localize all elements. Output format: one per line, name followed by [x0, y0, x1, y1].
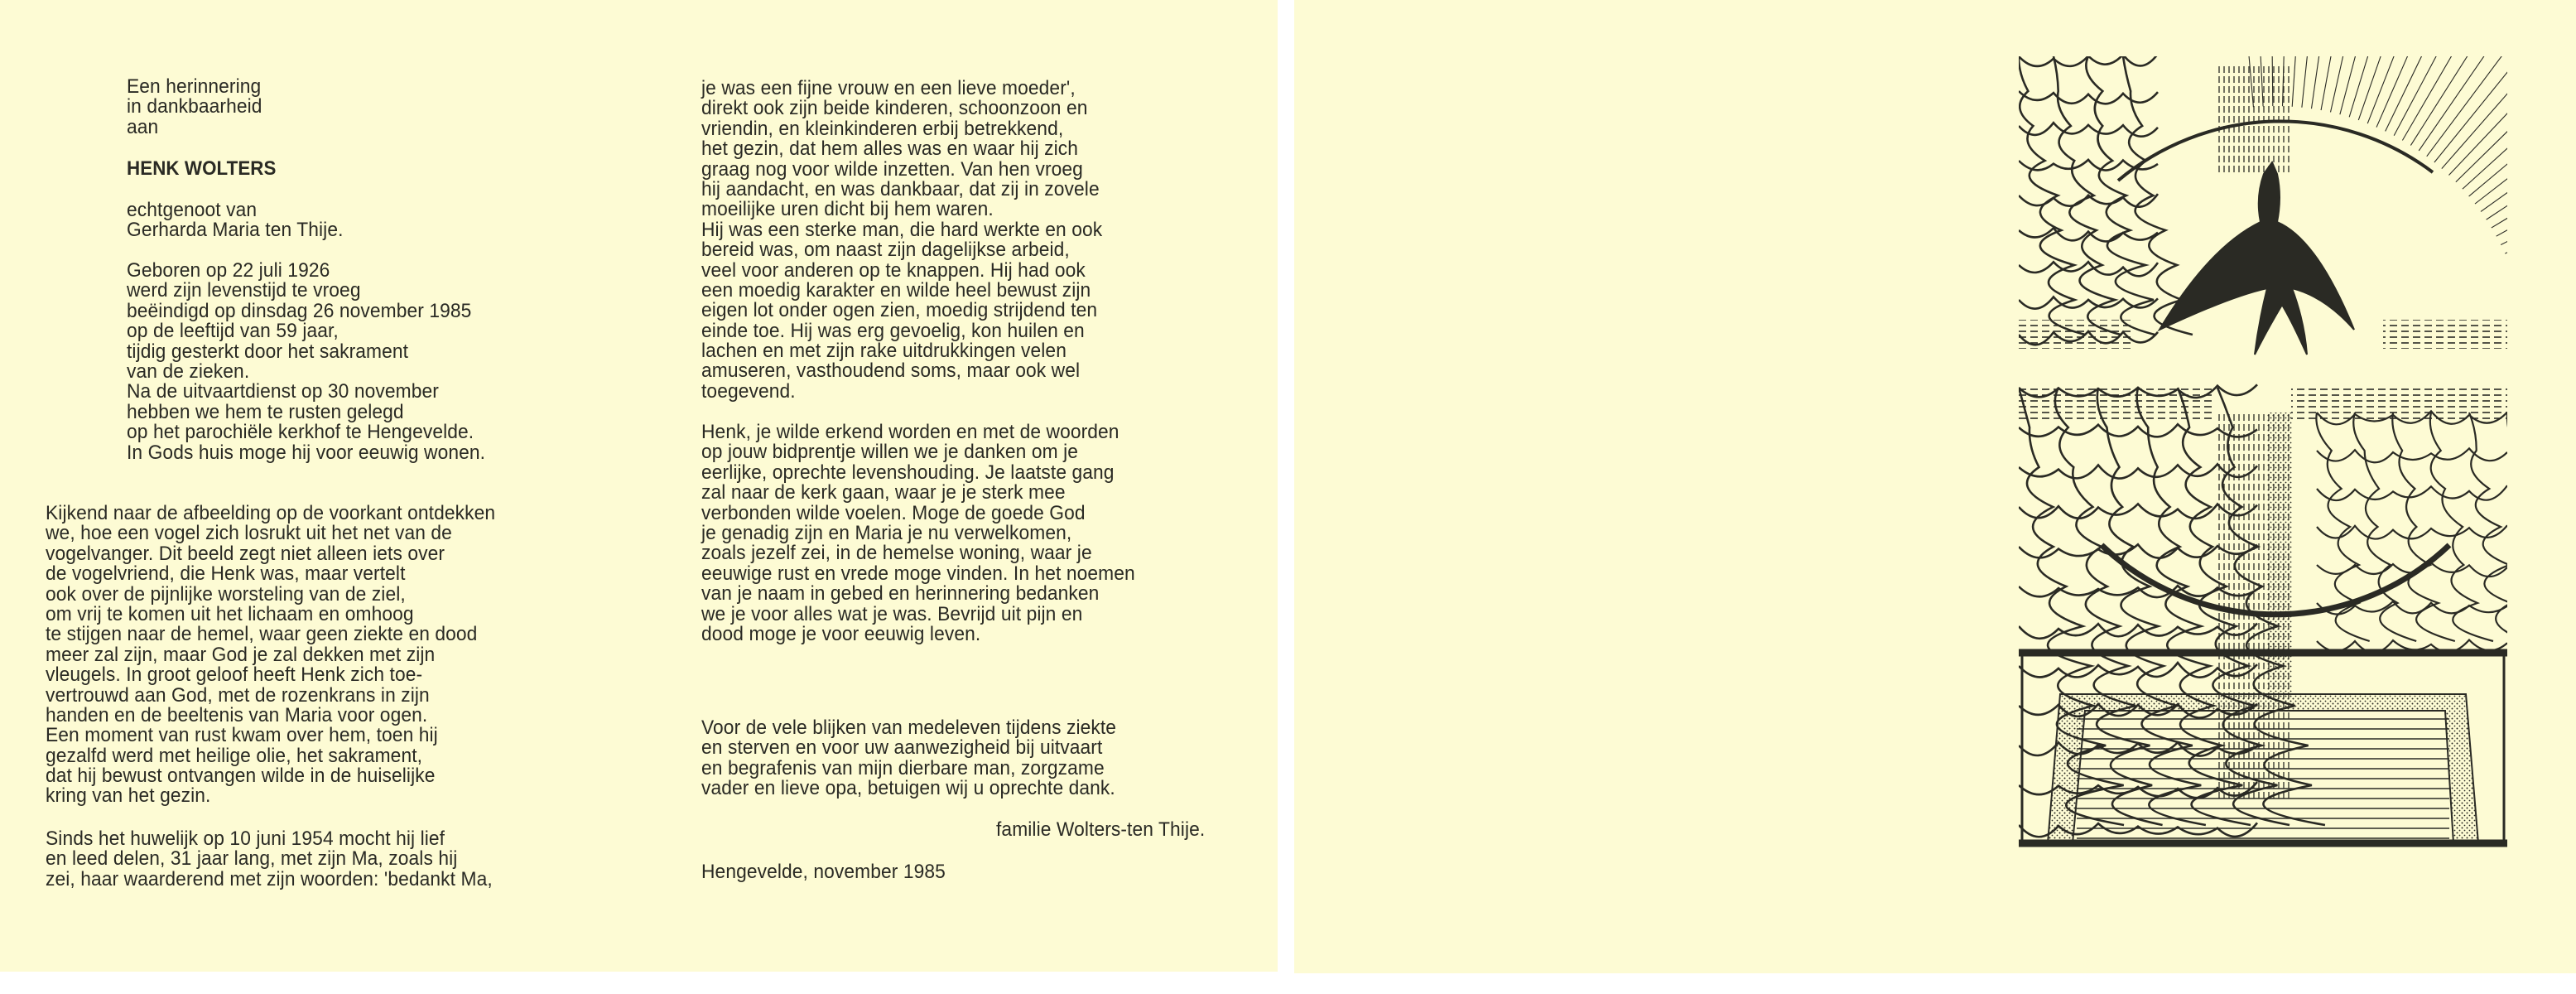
text-line: vogelvanger. Dit beeld zegt niet alleen …	[46, 544, 495, 564]
text-line: beëindigd op dinsdag 26 november 1985	[127, 302, 485, 321]
reflection-paragraph: Kijkend naar de afbeelding op de voorkan…	[46, 504, 495, 807]
text-line: tijdig gesterkt door het sakrament	[127, 342, 485, 362]
text-line: ook over de pijnlijke worsteling van de …	[46, 585, 495, 605]
text-line: Kijkend naar de afbeelding op de voorkan…	[46, 504, 495, 524]
text-line: bereid was, om naast zijn dagelijkse arb…	[701, 240, 1102, 260]
text-line: graag nog voor wilde inzetten. Van hen v…	[701, 160, 1102, 180]
text-line: kring van het gezin.	[46, 786, 495, 806]
text-line: veel voor anderen op te knappen. Hij had…	[701, 261, 1102, 281]
text-line: eeuwige rust en vrede moge vinden. In he…	[701, 564, 1135, 584]
text-line: Een moment van rust kwam over hem, toen …	[46, 726, 495, 745]
text-line: verbonden wilde voelen. Moge de goede Go…	[701, 504, 1135, 524]
text-line: je was een fijne vrouw en een lieve moed…	[701, 79, 1102, 99]
text-line: het gezin, dat hem alles was en waar hij…	[701, 139, 1102, 159]
farewell-paragraph: Henk, je wilde erkend worden en met de w…	[701, 422, 1135, 644]
text-line: en leed delen, 31 jaar lang, met zijn Ma…	[46, 849, 493, 869]
dedication-heading: Een herinneringin dankbaarheidaan	[127, 77, 262, 138]
text-line: werd zijn levenstijd te vroeg	[127, 281, 485, 301]
text-line: aan	[127, 118, 262, 138]
text-line: Na de uitvaartdienst op 30 november	[127, 382, 485, 402]
text-line: zal naar de kerk gaan, waar je je sterk …	[701, 483, 1135, 503]
text-line: de vogelvriend, die Henk was, maar verte…	[46, 564, 495, 584]
text-line: Voor de vele blijken van medeleven tijde…	[701, 718, 1116, 738]
text-line: en sterven en voor uw aanwezigheid bij u…	[701, 738, 1116, 758]
text-line: om vrij te komen uit het lichaam en omho…	[46, 605, 495, 625]
text-line: op de leeftijd van 59 jaar,	[127, 321, 485, 341]
text-line: echtgenoot van	[127, 200, 344, 220]
text-line: van de zieken.	[127, 362, 485, 382]
marriage-paragraph: Sinds het huwelijk op 10 juni 1954 mocht…	[46, 829, 493, 890]
text-line: Een herinnering	[127, 77, 262, 97]
text-line: handen en de beeltenis van Maria voor og…	[46, 706, 495, 726]
text-line: zei, haar waarderend met zijn woorden: '…	[46, 870, 493, 890]
text-line: we, hoe een vogel zich losrukt uit het n…	[46, 524, 495, 543]
text-line: op het parochiële kerkhof te Hengevelde.	[127, 422, 485, 442]
deceased-name: HENK WOLTERS	[127, 159, 277, 179]
text-line: dat hij bewust ontvangen wilde in de hui…	[46, 766, 495, 786]
text-line: vleugels. In groot geloof heeft Henk zic…	[46, 665, 495, 685]
text-line: Henk, je wilde erkend worden en met de w…	[701, 422, 1135, 442]
text-line: amuseren, vasthoudend soms, maar ook wel	[701, 361, 1102, 381]
bird-escaping-net-illustration-icon	[2019, 56, 2507, 870]
text-line: lachen en met zijn rake uitdrukkingen ve…	[701, 341, 1102, 361]
text-line: dood moge je voor eeuwig leven.	[701, 625, 1135, 644]
text-line: zoals jezelf zei, in de hemelse woning, …	[701, 543, 1135, 563]
text-line: Gerharda Maria ten Thije.	[127, 220, 344, 240]
text-line: toegevend.	[701, 382, 1102, 402]
text-line: vriendin, en kleinkinderen erbij betrekk…	[701, 119, 1102, 139]
text-line: te stijgen naar de hemel, waar geen ziek…	[46, 625, 495, 644]
text-line: Sinds het huwelijk op 10 juni 1954 mocht…	[46, 829, 493, 849]
text-line: gezalfd werd met heilige olie, het sakra…	[46, 746, 495, 766]
thanks-paragraph: Voor de vele blijken van medeleven tijde…	[701, 718, 1116, 799]
text-line: eerlijke, oprechte levenshouding. Je laa…	[701, 463, 1135, 483]
text-line: meer zal zijn, maar God je zal dekken me…	[46, 645, 495, 665]
text-line: hebben we hem te rusten gelegd	[127, 403, 485, 422]
text-line: en begrafenis van mijn dierbare man, zor…	[701, 759, 1116, 779]
memorial-card-inside: Een herinneringin dankbaarheidaan HENK W…	[0, 0, 1278, 972]
text-line: einde toe. Hij was erg gevoelig, kon hui…	[701, 321, 1102, 341]
life-dates: Geboren op 22 juli 1926werd zijn levenst…	[127, 261, 485, 463]
text-line: moeilijke uren dicht bij hem waren.	[701, 200, 1102, 220]
text-line: In Gods huis moge hij voor eeuwig wonen.	[127, 443, 485, 463]
spouse-info: echtgenoot vanGerharda Maria ten Thije.	[127, 200, 344, 241]
family-paragraph: je was een fijne vrouw en een lieve moed…	[701, 79, 1102, 402]
text-line: vader en lieve opa, betuigen wij u oprec…	[701, 779, 1116, 799]
place-date: Hengevelde, november 1985	[701, 862, 946, 882]
text-line: we je voor alles wat je was. Bevrijd uit…	[701, 605, 1135, 625]
text-line: van je naam in gebed en herinnering beda…	[701, 584, 1135, 604]
text-line: Geboren op 22 juli 1926	[127, 261, 485, 281]
text-line: in dankbaarheid	[127, 97, 262, 117]
family-signature: familie Wolters-ten Thije.	[996, 820, 1205, 840]
text-line: op jouw bidprentje willen we je danken o…	[701, 442, 1135, 462]
text-line: eigen lot onder ogen zien, moedig strijd…	[701, 301, 1102, 321]
text-line: hij aandacht, en was dankbaar, dat zij i…	[701, 180, 1102, 200]
text-line: je genadig zijn en Maria je nu verwelkom…	[701, 524, 1135, 543]
text-line: vertrouwd aan God, met de rozenkrans in …	[46, 686, 495, 706]
text-line: direkt ook zijn beide kinderen, schoonzo…	[701, 99, 1102, 118]
text-line: Hij was een sterke man, die hard werkte …	[701, 220, 1102, 240]
text-line: een moedig karakter en wilde heel bewust…	[701, 281, 1102, 301]
